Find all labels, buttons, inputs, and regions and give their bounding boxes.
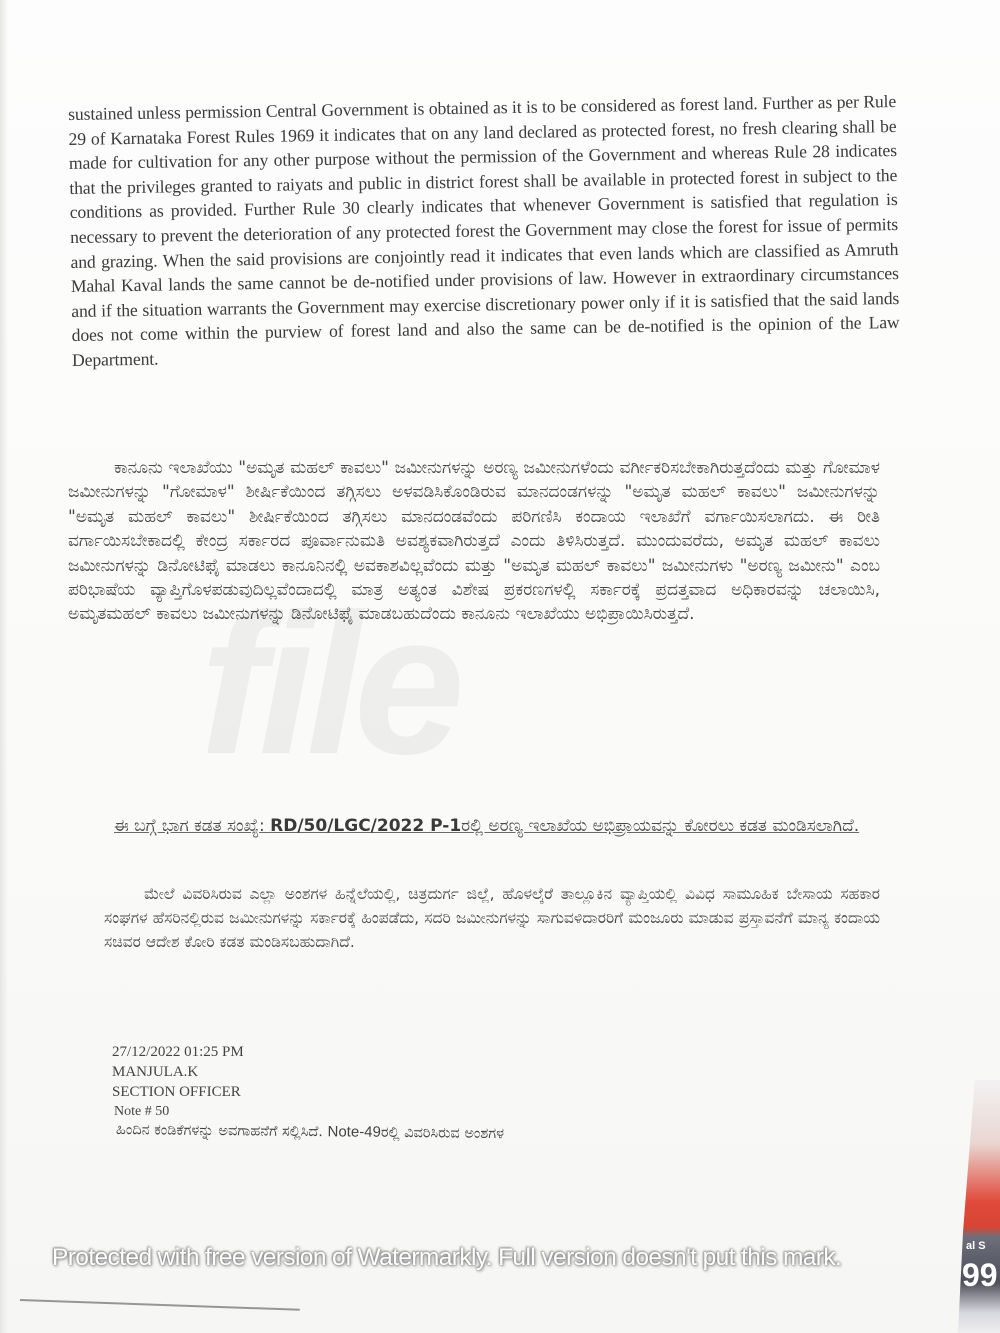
watermark-text: Protected with free version of Watermark…	[52, 1244, 952, 1272]
file-number: RD/50/LGC/2022 P-1	[270, 816, 461, 836]
note-number: Note # 50	[114, 1102, 244, 1122]
note-line-prefix: ಹಿಂದಿನ ಕಂಡಿಕೆಗಳನ್ನು ಅವಗಾಹನೆಗೆ ಸಲ್ಲಿಸಿದೆ.	[116, 1122, 328, 1140]
kannada-paragraph-law-department: ಕಾನೂನು ಇಲಾಖೆಯು "ಅಮೃತ ಮಹಲ್ ಕಾವಲು" ಜಮೀನುಗಳ…	[68, 456, 880, 627]
note-50-text: ಹಿಂದಿನ ಕಂಡಿಕೆಗಳನ್ನು ಅವಗಾಹನೆಗೆ ಸಲ್ಲಿಸಿದೆ.…	[116, 1121, 876, 1146]
english-paragraph: sustained unless permission Central Gove…	[68, 89, 900, 373]
reference-prefix: ಈ ಬಗ್ಗೆ ಭಾಗ ಕಡತ ಸಂಖ್ಯೆ:	[114, 816, 270, 836]
document-page: file sustained unless permission Central…	[0, 0, 1000, 1333]
file-reference-paragraph: ಈ ಬಗ್ಗೆ ಭಾಗ ಕಡತ ಸಂಖ್ಯೆ: RD/50/LGC/2022 P…	[68, 814, 880, 838]
paper-fold-line	[20, 1299, 300, 1311]
signature-timestamp: 27/12/2022 01:25 PM	[112, 1042, 244, 1062]
signature-designation: SECTION OFFICER	[112, 1082, 244, 1102]
signature-name: MANJULA.K	[112, 1062, 244, 1082]
note-line-suffix: ರಲ್ಲಿ ವಿವರಿಸಿರುವ ಅಂಶಗಳ	[381, 1125, 504, 1142]
reference-suffix: ರಲ್ಲಿ ಅರಣ್ಯ ಇಲಾಖೆಯ ಅಭಿಪ್ರಾಯವನ್ನು ಕೋರಲು ಕ…	[461, 816, 859, 836]
kannada-paragraph-proposal: ಮೇಲೆ ವಿವರಿಸಿರುವ ಎಲ್ಲಾ ಅಂಶಗಳ ಹಿನ್ನೆಲೆಯಲ್ಲ…	[104, 882, 880, 954]
note-reference: Note-49	[327, 1123, 381, 1141]
poster-label: al S	[966, 1240, 986, 1252]
poster-number: 99	[962, 1258, 998, 1292]
page-edge-shadow	[0, 0, 8, 1333]
background-poster-edge: al S 99	[958, 1080, 1000, 1333]
signature-block: 27/12/2022 01:25 PM MANJULA.K SECTION OF…	[112, 1042, 244, 1122]
